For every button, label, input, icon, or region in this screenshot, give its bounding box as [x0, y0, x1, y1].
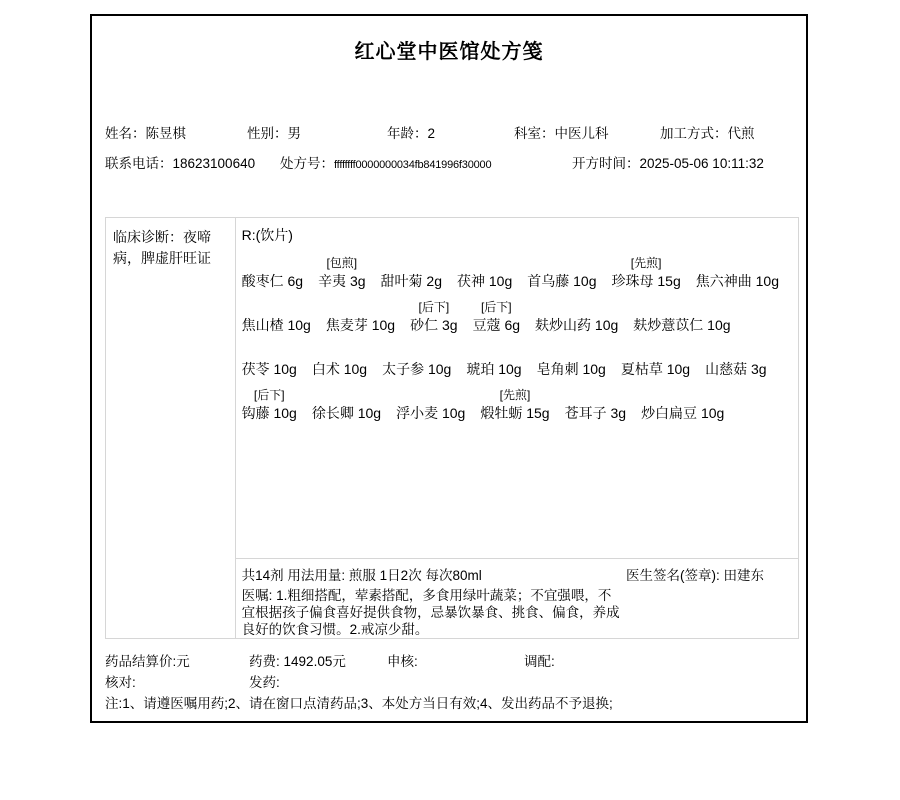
- herb-item: 焦麦芽 10g: [326, 298, 395, 335]
- herb-item: 浮小麦 10g: [396, 386, 465, 423]
- herb-annotation: [242, 342, 297, 360]
- herb-annotation: [633, 298, 730, 316]
- herb-item: 甜叶菊 2g: [381, 254, 442, 291]
- field-value: ffffffff0000000034fb841996f30000: [334, 159, 491, 171]
- herb-annotation: [包煎]: [318, 254, 365, 272]
- herb-annotation: [后下]: [410, 298, 457, 316]
- herb-annotation: [242, 298, 311, 316]
- herb-name-dose: 皂角刺 10g: [537, 360, 606, 379]
- field-phone: 联系电话：18623100640: [105, 152, 255, 172]
- herb-name-dose: 麸炒薏苡仁 10g: [633, 316, 730, 335]
- field-prescription-no: 处方号：ffffffff0000000034fb841996f30000: [280, 152, 491, 172]
- herb-row: [后下]钩藤 10g徐长卿 10g浮小麦 10g[先煎]煅牡蛎 15g苍耳子 3…: [242, 386, 794, 423]
- herb-annotation: [396, 386, 465, 404]
- herb-name-dose: 豆蔻 6g: [473, 316, 520, 335]
- herb-name-dose: 钩藤 10g: [242, 404, 297, 423]
- herb-name-dose: 炒白扁豆 10g: [641, 404, 724, 423]
- field-label: 加工方式：: [660, 126, 728, 141]
- herb-annotation: [382, 342, 451, 360]
- herb-row: 茯苓 10g白术 10g太子参 10g琥珀 10g皂角刺 10g夏枯草 10g山…: [242, 342, 794, 379]
- herb-item: 首乌藤 10g: [527, 254, 596, 291]
- diagnosis-cell: 临床诊断：夜啼病，脾虚肝旺证: [106, 218, 236, 638]
- field-value: 中医儿科: [555, 126, 609, 141]
- herb-item: 焦山楂 10g: [242, 298, 311, 335]
- herb-item: 苍耳子 3g: [565, 386, 626, 423]
- field-label: 年龄：: [387, 126, 428, 141]
- field-label: 科室：: [514, 126, 555, 141]
- doctor-signature-label: 医生签名(签章):: [626, 568, 720, 583]
- herb-annotation: [466, 342, 521, 360]
- herb-item: [后下]砂仁 3g: [410, 298, 457, 335]
- herb-name-dose: 浮小麦 10g: [396, 404, 465, 423]
- herb-annotation: [527, 254, 596, 272]
- field-label: 处方号：: [280, 156, 334, 171]
- herb-name-dose: 辛夷 3g: [318, 272, 365, 291]
- herb-annotation: [565, 386, 626, 404]
- herb-item: 茯神 10g: [457, 254, 512, 291]
- field-label: 姓名：: [105, 126, 146, 141]
- herb-name-dose: 麸炒山药 10g: [535, 316, 618, 335]
- field-label: 联系电话：: [105, 156, 173, 171]
- herb-item: 焦六神曲 10g: [696, 254, 779, 291]
- herb-row: 酸枣仁 6g[包煎]辛夷 3g甜叶菊 2g茯神 10g首乌藤 10g[先煎]珍珠…: [242, 254, 794, 291]
- herb-name-dose: 砂仁 3g: [410, 316, 457, 335]
- herb-item: [先煎]煅牡蛎 15g: [480, 386, 549, 423]
- field-value: 2: [428, 126, 436, 141]
- medical-advice: 医嘱: 1.粗细搭配，荤素搭配，多食用绿叶蔬菜；不宜强喂，不宜根据孩子偏食喜好提…: [242, 587, 624, 638]
- herb-name-dose: 琥珀 10g: [466, 360, 521, 379]
- herb-item: 酸枣仁 6g: [242, 254, 303, 291]
- herb-annotation: [后下]: [473, 298, 520, 316]
- herb-name-dose: 甜叶菊 2g: [381, 272, 442, 291]
- field-value: 男: [288, 126, 302, 141]
- rx-area: R:(饮片) 酸枣仁 6g[包煎]辛夷 3g甜叶菊 2g茯神 10g首乌藤 10…: [236, 218, 798, 559]
- herb-annotation: [381, 254, 442, 272]
- settle-price-field: 药品结算价:元: [105, 650, 190, 670]
- field-label: 药品结算价:: [105, 654, 176, 669]
- herb-item: [后下]豆蔻 6g: [473, 298, 520, 335]
- herb-annotation: [641, 386, 724, 404]
- herb-item: [包煎]辛夷 3g: [318, 254, 365, 291]
- herb-item: 徐长卿 10g: [312, 386, 381, 423]
- herb-name-dose: 山慈菇 3g: [705, 360, 766, 379]
- issue-field: 发药:: [249, 671, 280, 691]
- herb-item: 山慈菇 3g: [705, 342, 766, 379]
- herb-item: 麸炒山药 10g: [535, 298, 618, 335]
- field-issue-time: 开方时间：2025-05-06 10:11:32: [572, 152, 764, 172]
- herb-item: 白术 10g: [312, 342, 367, 379]
- field-value: 1492.05元: [284, 654, 346, 669]
- herb-item: 茯苓 10g: [242, 342, 297, 379]
- field-label: 开方时间：: [572, 156, 640, 171]
- usage-line: 共14剂 用法用量: 煎服 1日2次 每次80ml 医生签名(签章): 田建东: [242, 564, 790, 584]
- prescription-page: 红心堂中医馆处方笺 姓名：陈昱棋 性别：男 年龄：2 科室：中医儿科 加工方式：…: [0, 0, 900, 800]
- herb-name-dose: 焦麦芽 10g: [326, 316, 395, 335]
- herb-name-dose: 苍耳子 3g: [565, 404, 626, 423]
- herb-name-dose: 珍珠母 15g: [612, 272, 681, 291]
- herb-annotation: [705, 342, 766, 360]
- herb-annotation: [242, 254, 303, 272]
- herb-name-dose: 茯神 10g: [457, 272, 512, 291]
- herb-name-dose: 茯苓 10g: [242, 360, 297, 379]
- rx-cell: R:(饮片) 酸枣仁 6g[包煎]辛夷 3g甜叶菊 2g茯神 10g首乌藤 10…: [236, 218, 798, 638]
- herb-name-dose: 太子参 10g: [382, 360, 451, 379]
- review-field: 申核:: [387, 650, 418, 670]
- herb-item: 夏枯草 10g: [621, 342, 690, 379]
- herb-annotation: [537, 342, 606, 360]
- field-value: 陈昱棋: [146, 126, 187, 141]
- field-patient-name: 姓名：陈昱棋: [105, 122, 186, 142]
- check-field: 核对:: [105, 671, 136, 691]
- herb-item: [后下]钩藤 10g: [242, 386, 297, 423]
- fee-field: 药费: 1492.05元: [249, 650, 346, 670]
- field-processing-method: 加工方式：代煎: [660, 122, 755, 142]
- herb-row: 焦山楂 10g焦麦芽 10g[后下]砂仁 3g[后下]豆蔻 6g麸炒山药 10g…: [242, 298, 794, 335]
- herb-item: [先煎]珍珠母 15g: [612, 254, 681, 291]
- herb-list: 酸枣仁 6g[包煎]辛夷 3g甜叶菊 2g茯神 10g首乌藤 10g[先煎]珍珠…: [242, 254, 794, 423]
- herb-annotation: [先煎]: [612, 254, 681, 272]
- herb-item: 炒白扁豆 10g: [641, 386, 724, 423]
- footer-note: 注:1、请遵医嘱用药;2、请在窗口点清药品;3、本处方当日有效;4、发出药品不予…: [105, 692, 613, 712]
- prescription-sheet: 红心堂中医馆处方笺 姓名：陈昱棋 性别：男 年龄：2 科室：中医儿科 加工方式：…: [90, 14, 808, 723]
- dose-count: 共14剂: [242, 568, 284, 583]
- usage-value: 煎服 1日2次 每次80ml: [349, 568, 482, 583]
- herb-name-dose: 焦六神曲 10g: [696, 272, 779, 291]
- prescription-box: 临床诊断：夜啼病，脾虚肝旺证 R:(饮片) 酸枣仁 6g[包煎]辛夷 3g甜叶菊…: [105, 217, 799, 639]
- herb-annotation: [326, 298, 395, 316]
- herb-name-dose: 首乌藤 10g: [527, 272, 596, 291]
- doctor-signature: 医生签名(签章): 田建东: [626, 564, 764, 584]
- herb-annotation: [457, 254, 512, 272]
- rx-header: R:(饮片): [242, 225, 794, 245]
- field-value: 18623100640: [173, 156, 256, 171]
- herb-name-dose: 煅牡蛎 15g: [480, 404, 549, 423]
- field-value: 元: [176, 654, 190, 669]
- page-title: 红心堂中医馆处方笺: [92, 35, 806, 64]
- field-label: 性别：: [247, 126, 288, 141]
- herb-annotation: [621, 342, 690, 360]
- doctor-signature-name: 田建东: [724, 568, 765, 583]
- herb-item: 太子参 10g: [382, 342, 451, 379]
- herb-item: 皂角刺 10g: [537, 342, 606, 379]
- usage-summary: 共14剂 用法用量: 煎服 1日2次 每次80ml: [242, 564, 482, 584]
- herb-annotation: [先煎]: [480, 386, 549, 404]
- herb-name-dose: 夏枯草 10g: [621, 360, 690, 379]
- herb-name-dose: 徐长卿 10g: [312, 404, 381, 423]
- usage-area: 共14剂 用法用量: 煎服 1日2次 每次80ml 医生签名(签章): 田建东 …: [236, 559, 798, 638]
- herb-annotation: [696, 254, 779, 272]
- field-department: 科室：中医儿科: [514, 122, 609, 142]
- diagnosis-label: 临床诊断：: [113, 229, 183, 245]
- herb-name-dose: 焦山楂 10g: [242, 316, 311, 335]
- herb-name-dose: 白术 10g: [312, 360, 367, 379]
- herb-annotation: [535, 298, 618, 316]
- dispense-field: 调配:: [524, 650, 555, 670]
- field-gender: 性别：男: [247, 122, 301, 142]
- herb-item: 麸炒薏苡仁 10g: [633, 298, 730, 335]
- herb-annotation: [312, 342, 367, 360]
- usage-label: 用法用量:: [287, 568, 345, 583]
- field-value: 代煎: [728, 126, 755, 141]
- herb-annotation: [后下]: [242, 386, 297, 404]
- herb-item: 琥珀 10g: [466, 342, 521, 379]
- field-age: 年龄：2: [387, 122, 435, 142]
- herb-annotation: [312, 386, 381, 404]
- field-value: 2025-05-06 10:11:32: [640, 156, 764, 171]
- herb-name-dose: 酸枣仁 6g: [242, 272, 303, 291]
- field-label: 药费:: [249, 654, 280, 669]
